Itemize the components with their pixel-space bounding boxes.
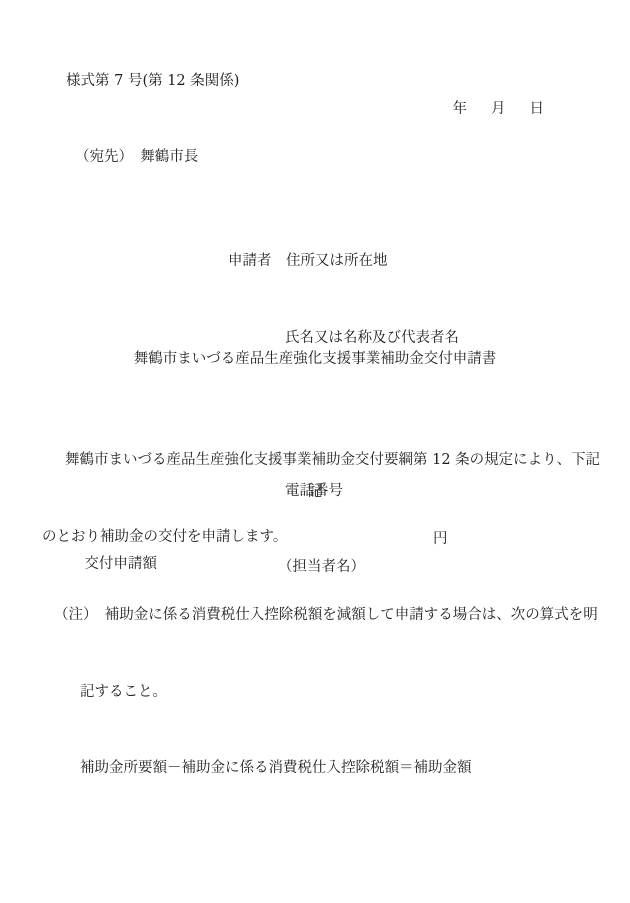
- day-label: 日: [530, 101, 545, 117]
- section-marker: 記: [0, 480, 630, 505]
- year-label: 年: [453, 101, 468, 117]
- note-block: （注） 補助金に係る消費税仕入控除税額を減額して申請する場合は、次の算式を明 記…: [54, 552, 594, 833]
- applicant-address-line: 申請者 住所又は所在地: [228, 249, 459, 275]
- document-page: 様式第 7 号(第 12 条関係) 年月日 （宛先） 舞鶴市長 申請者 住所又は…: [0, 0, 630, 903]
- amount-unit-label: 円: [433, 527, 448, 552]
- month-label: 月: [491, 101, 506, 117]
- note-formula-line: 補助金所要額－補助金に係る消費税仕入控除税額＝補助金額: [80, 756, 594, 782]
- document-title: 舞鶴市まいづる産品生産強化支援事業補助金交付申請書: [0, 347, 630, 372]
- body-line: 舞鶴市まいづる産品生産強化支援事業補助金交付要綱第 12 条の規定により、下記: [42, 448, 582, 474]
- date-line: 年月日: [0, 97, 544, 122]
- recipient-line: （宛先） 舞鶴市長: [75, 145, 198, 170]
- form-number: 様式第 7 号(第 12 条関係): [66, 69, 239, 94]
- note-line: 記すること。: [80, 680, 594, 706]
- note-line: （注） 補助金に係る消費税仕入控除税額を減額して申請する場合は、次の算式を明: [54, 603, 594, 629]
